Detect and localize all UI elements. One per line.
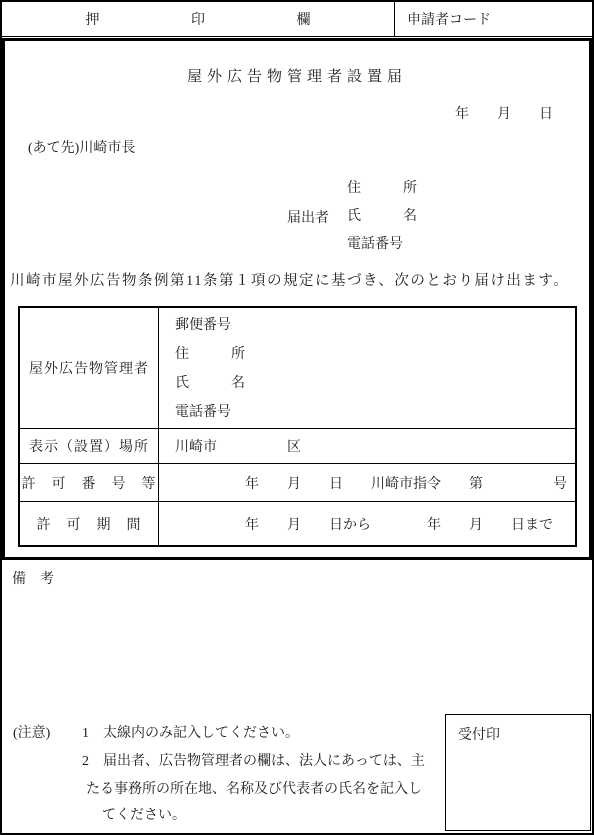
- notes-line-1: (注意)1太線内のみ記入してください。: [13, 724, 299, 744]
- manager-row-content: 郵便番号 住 所 氏 名 電話番号: [159, 308, 575, 428]
- remarks-label: 備 考: [12, 568, 54, 588]
- form-title: 屋外広告物管理者設置届: [5, 65, 589, 86]
- permit-period-row-content: 年 月 日から 年 月 日まで: [159, 502, 575, 545]
- note-2-text-line-1: 届出者、広告物管理者の欄は、法人にあっては、主: [103, 754, 425, 769]
- table-row-permit-period: 許 可 期 間 年 月 日から 年 月 日まで: [20, 501, 575, 545]
- declarant-address-label: 住 所: [347, 175, 417, 203]
- note-2-number: 2: [82, 752, 103, 772]
- location-row-label: 表示（設置）場所: [20, 429, 159, 463]
- table-row-manager: 屋外広告物管理者 郵便番号 住 所 氏 名 電話番号: [20, 308, 575, 428]
- permit-number-row-label: 許 可 番 号 等: [20, 464, 159, 501]
- manager-phone-label: 電話番号: [175, 398, 575, 427]
- notes-line-3: たる事務所の所在地、名称及び代表者の氏名を記入し: [86, 780, 422, 800]
- form-page: 押 印 欄 申請者コード 屋外広告物管理者設置届 年 月 日 (あて先)川崎市長…: [0, 0, 594, 835]
- manager-row-label: 屋外広告物管理者: [20, 308, 159, 428]
- note-2-text-line-3: てください。: [102, 808, 186, 823]
- manager-postal-label: 郵便番号: [175, 311, 575, 340]
- declarant-name-label: 氏 名: [347, 203, 417, 231]
- declarant-label: 届出者: [287, 207, 329, 227]
- declarant-fields: 住 所 氏 名 電話番号: [347, 175, 417, 259]
- bottom-section: 備 考 (注意)1太線内のみ記入してください。 2届出者、広告物管理者の欄は、法…: [2, 560, 592, 833]
- location-content-text: 川崎市 区: [175, 436, 301, 456]
- detail-table: 屋外広告物管理者 郵便番号 住 所 氏 名 電話番号 表示（設置）場所 川崎市 …: [18, 306, 577, 547]
- permit-period-row-label: 許 可 期 間: [20, 502, 159, 545]
- stamp-column-label: 押 印 欄: [86, 9, 311, 29]
- receipt-stamp-label: 受付印: [458, 728, 500, 743]
- manager-address-label: 住 所: [175, 340, 575, 369]
- stamp-char-1: 押: [86, 9, 100, 29]
- note-2-text-line-2: たる事務所の所在地、名称及び代表者の氏名を記入し: [86, 782, 422, 797]
- addressee: (あて先)川崎市長: [28, 137, 135, 157]
- stamp-char-2: 印: [191, 9, 205, 29]
- permit-number-row-content: 年 月 日 川崎市指令 第 号: [159, 464, 575, 501]
- main-form-area: 屋外広告物管理者設置届 年 月 日 (あて先)川崎市長 届出者 住 所 氏 名 …: [2, 38, 592, 560]
- notes-line-2: 2届出者、広告物管理者の欄は、法人にあっては、主: [13, 752, 425, 772]
- applicant-code-label: 申請者コード: [407, 9, 491, 29]
- stamp-header: 押 印 欄 申請者コード: [2, 2, 592, 37]
- permit-period-content-text: 年 月 日から 年 月 日まで: [175, 514, 553, 534]
- stamp-column-cell: 押 印 欄: [2, 2, 395, 36]
- legal-statement: 川崎市屋外広告物条例第11条第１項の規定に基づき、次のとおり届け出ます。: [10, 269, 569, 290]
- table-row-location: 表示（設置）場所 川崎市 区: [20, 428, 575, 463]
- date-line: 年 月 日: [455, 103, 553, 123]
- location-row-content: 川崎市 区: [159, 429, 575, 463]
- note-1-text: 太線内のみ記入してください。: [103, 726, 299, 741]
- receipt-stamp-box: 受付印: [445, 714, 591, 831]
- notes-caution-label: (注意): [13, 724, 82, 744]
- table-row-permit-number: 許 可 番 号 等 年 月 日 川崎市指令 第 号: [20, 463, 575, 501]
- stamp-char-3: 欄: [297, 9, 311, 29]
- notes-line-4: てください。: [102, 806, 186, 826]
- manager-name-label: 氏 名: [175, 369, 575, 398]
- note-1-number: 1: [82, 724, 103, 744]
- declarant-block: 届出者 住 所 氏 名 電話番号: [287, 175, 417, 259]
- applicant-code-cell: 申請者コード: [395, 2, 592, 36]
- declarant-phone-label: 電話番号: [347, 231, 417, 259]
- permit-number-content-text: 年 月 日 川崎市指令 第 号: [175, 473, 567, 493]
